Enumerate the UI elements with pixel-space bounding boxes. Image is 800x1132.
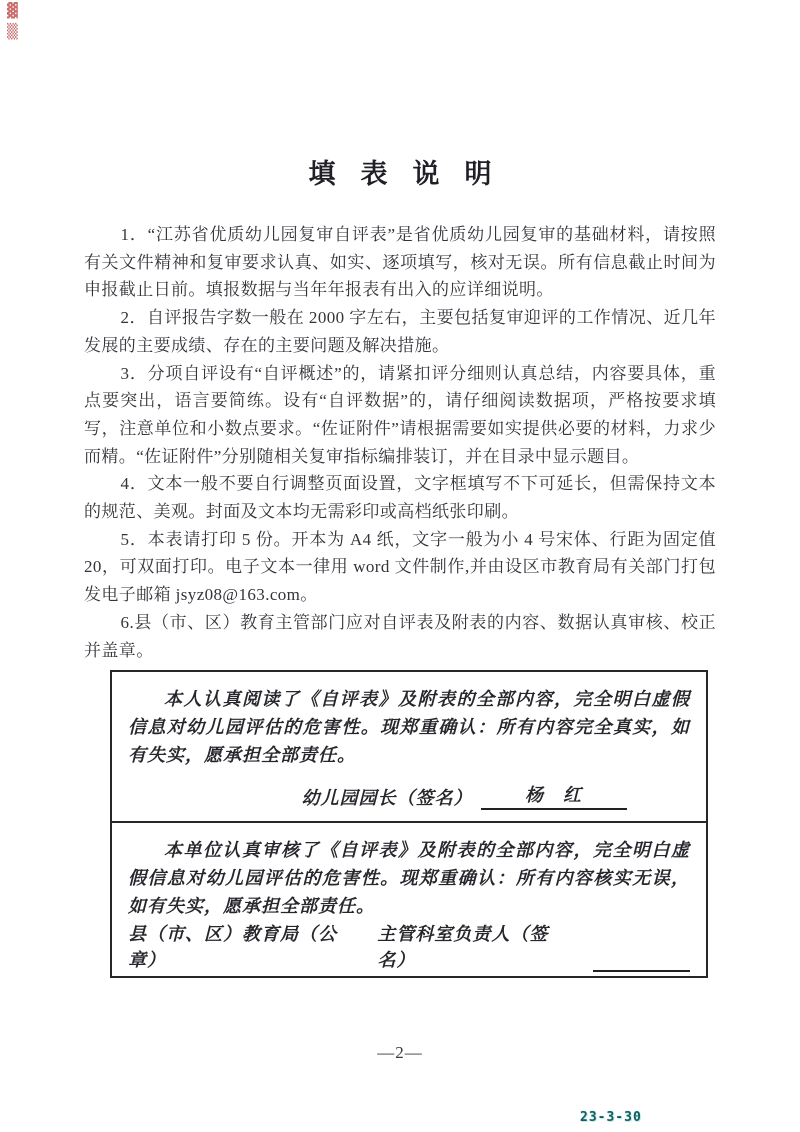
page-title: 填表说明	[0, 0, 800, 191]
principal-signature-value: 杨 红	[481, 781, 627, 810]
bureau-declaration-box: 本单位认真审核了《自评表》及附表的全部内容，完全明白虚假信息对幼儿园评估的危害性…	[110, 821, 708, 978]
principal-declaration-box: 本人认真阅读了《自评表》及附表的全部内容，完全明白虚假信息对幼儿园评估的危害性。…	[110, 670, 708, 823]
bureau-signature-blank	[593, 950, 690, 972]
principal-signature-label: 幼儿园园长（签名）	[302, 784, 473, 810]
instruction-item-2: 2．自评报告字数一般在 2000 字左右，主要包括复审迎评的工作情况、近几年发展…	[84, 304, 716, 359]
principal-signature-row: 幼儿园园长（签名） 杨 红	[128, 781, 690, 810]
bureau-declaration-text: 本单位认真审核了《自评表》及附表的全部内容，完全明白虚假信息对幼儿园评估的危害性…	[128, 836, 690, 920]
bureau-seal-label: 县（市、区）教育局（公章）	[128, 920, 345, 972]
document-page: ▓ ▒ 填表说明 1．“江苏省优质幼儿园复审自评表”是省优质幼儿园复审的基础材料…	[0, 0, 800, 1132]
page-number: —2—	[0, 1043, 800, 1063]
instruction-item-5: 5．本表请打印 5 份。开本为 A4 纸，文字一般为小 4 号宋体、行距为固定值…	[84, 526, 716, 609]
instruction-item-4: 4．文本一般不要自行调整页面设置，文字框填写不下可延长，但需保持文本的规范、美观…	[84, 470, 716, 525]
declaration-boxes: 本人认真阅读了《自评表》及附表的全部内容，完全明白虚假信息对幼儿园评估的危害性。…	[110, 670, 708, 978]
timestamp: 23-3-30	[580, 1110, 642, 1125]
corner-stamp-mark-2: ▒	[7, 25, 18, 39]
bureau-signer-label: 主管科室负责人（签名）	[377, 920, 561, 972]
instruction-item-3: 3．分项自评设有“自评概述”的，请紧扣评分细则认真总结，内容要具体，重点要突出，…	[84, 360, 716, 471]
instruction-item-1: 1．“江苏省优质幼儿园复审自评表”是省优质幼儿园复审的基础材料，请按照有关文件精…	[84, 221, 716, 304]
corner-stamp-mark-1: ▓	[7, 4, 18, 18]
bureau-signature-row: 县（市、区）教育局（公章） 主管科室负责人（签名）	[128, 920, 690, 972]
principal-declaration-text: 本人认真阅读了《自评表》及附表的全部内容，完全明白虚假信息对幼儿园评估的危害性。…	[128, 685, 690, 769]
instructions-section: 1．“江苏省优质幼儿园复审自评表”是省优质幼儿园复审的基础材料，请按照有关文件精…	[84, 221, 716, 664]
corner-stamp: ▓ ▒	[7, 4, 18, 39]
instruction-item-6: 6.县（市、区）教育主管部门应对自评表及附表的内容、数据认真审核、校正并盖章。	[84, 609, 716, 664]
